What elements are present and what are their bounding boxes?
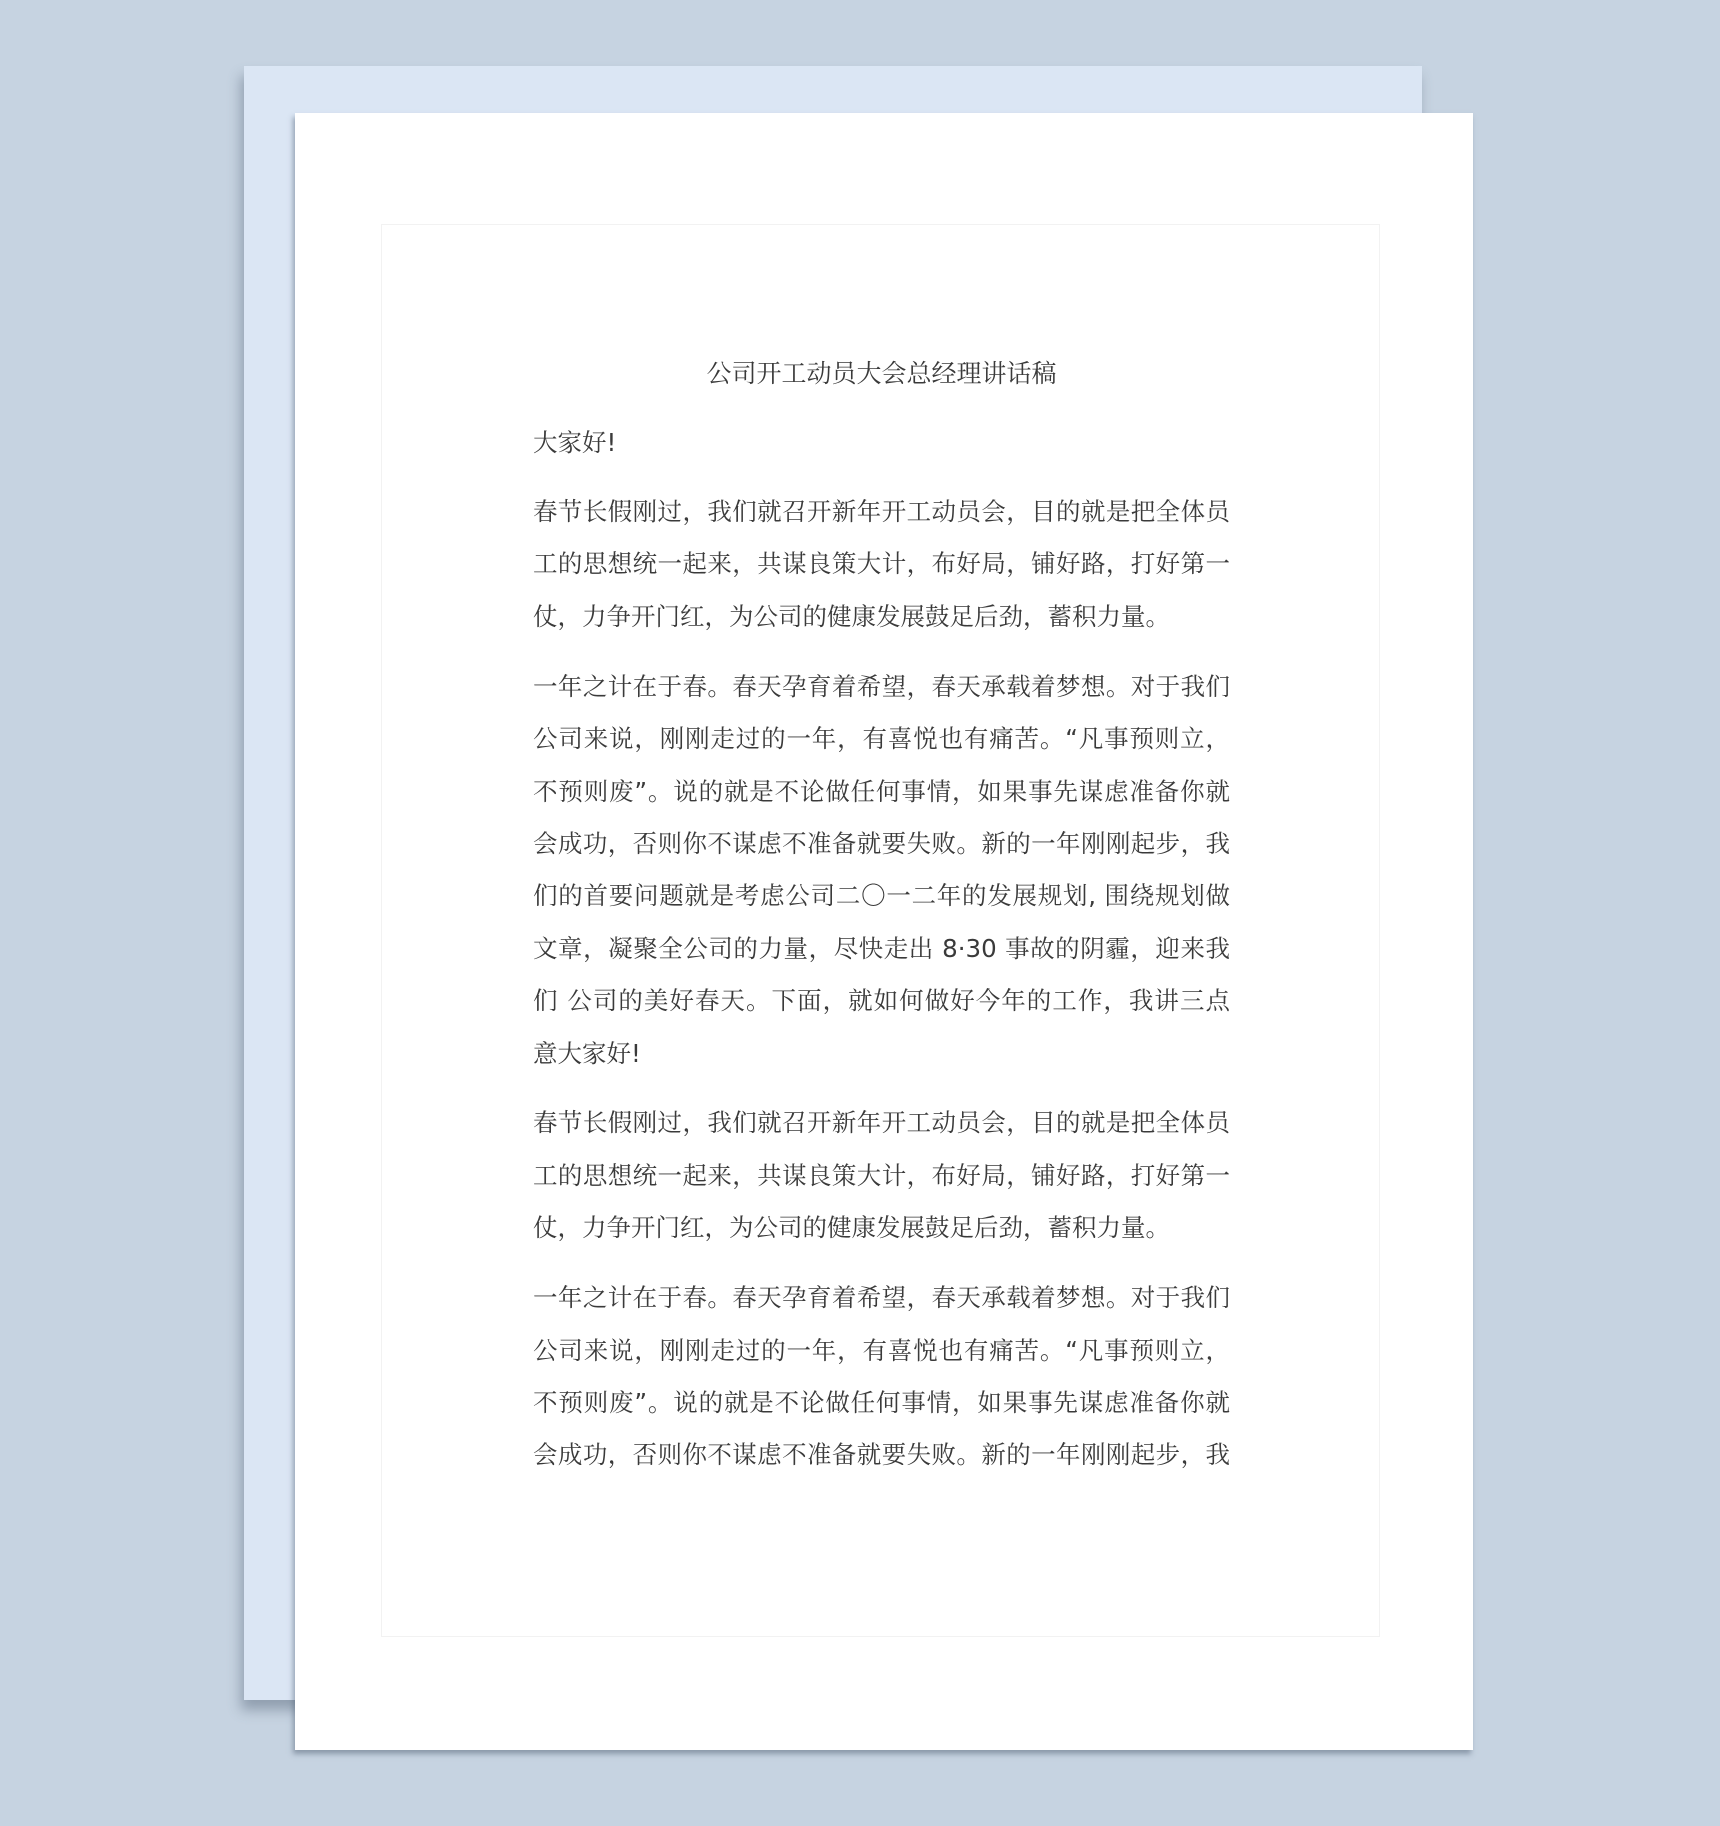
text-line: 工的思想统一起来，共谋良策大计，布好局，铺好路，打好第一 [533,538,1230,590]
text-line: 工的思想统一起来，共谋良策大计，布好局，铺好路，打好第一 [533,1150,1230,1202]
text-line: 文章，凝聚全公司的力量，尽快走出 8·30 事故的阴霾，迎来我 [533,923,1230,975]
text-line: 一年之计在于春。春天孕育着希望，春天承载着梦想。对于我们 [533,1272,1230,1324]
text-line: 不预则废”。说的就是不论做任何事情，如果事先谋虑准备你就 [533,1377,1230,1429]
text-line: 不预则废”。说的就是不论做任何事情，如果事先谋虑准备你就 [533,766,1230,818]
text-line: 会成功，否则你不谋虑不准备就要失败。新的一年刚刚起步，我 [533,818,1230,870]
paragraph-4: 一年之计在于春。春天孕育着希望，春天承载着梦想。对于我们 公司来说，刚刚走过的一… [533,1272,1230,1482]
text-line: 仗，力争开门红，为公司的健康发展鼓足后劲，蓄积力量。 [533,1202,1230,1254]
text-line: 春节长假刚过，我们就召开新年开工动员会，目的就是把全体员 [533,486,1230,538]
text-line: 意大家好! [533,1028,1230,1080]
paragraph-1: 春节长假刚过，我们就召开新年开工动员会，目的就是把全体员 工的思想统一起来，共谋… [533,486,1230,643]
text-line: 们 公司的美好春天。下面，就如何做好今年的工作，我讲三点 [533,975,1230,1027]
document-title: 公司开工动员大会总经理讲话稿 [533,356,1230,392]
text-line: 公司来说，刚刚走过的一年，有喜悦也有痛苦。“凡事预则立， [533,713,1230,765]
text-line: 仗，力争开门红，为公司的健康发展鼓足后劲，蓄积力量。 [533,591,1230,643]
document-body: 春节长假刚过，我们就召开新年开工动员会，目的就是把全体员 工的思想统一起来，共谋… [533,486,1230,1499]
text-line: 公司来说，刚刚走过的一年，有喜悦也有痛苦。“凡事预则立， [533,1325,1230,1377]
paragraph-2: 一年之计在于春。春天孕育着希望，春天承载着梦想。对于我们 公司来说，刚刚走过的一… [533,661,1230,1080]
text-line: 一年之计在于春。春天孕育着希望，春天承载着梦想。对于我们 [533,661,1230,713]
text-line: 们的首要问题就是考虑公司二〇一二年的发展规划, 围绕规划做 [533,870,1230,922]
text-line: 会成功，否则你不谋虑不准备就要失败。新的一年刚刚起步，我 [533,1429,1230,1481]
paragraph-3: 春节长假刚过，我们就召开新年开工动员会，目的就是把全体员 工的思想统一起来，共谋… [533,1097,1230,1254]
text-line: 春节长假刚过，我们就召开新年开工动员会，目的就是把全体员 [533,1097,1230,1149]
greeting-line: 大家好! [533,425,616,461]
